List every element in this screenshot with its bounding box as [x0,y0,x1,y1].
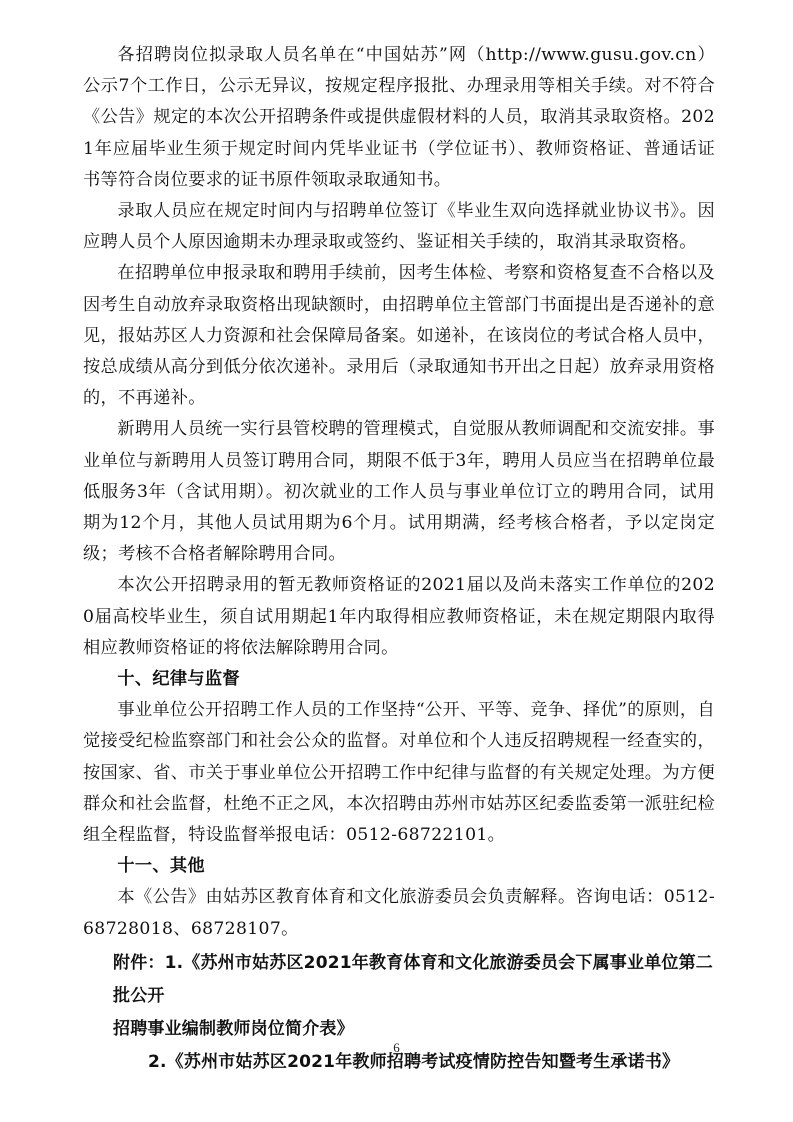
attachment-1-line1: 附件：1.《苏州市姑苏区2021年教育体育和文化旅游委员会下属事业单位第二批公开 [83,947,715,1013]
paragraph-discipline: 事业单位公开招聘工作人员的工作坚持“公开、平等、竞争、择优”的原则，自觉接受纪检… [83,695,715,851]
attachments: 附件：1.《苏州市姑苏区2021年教育体育和文化旅游委员会下属事业单位第二批公开… [83,947,715,1079]
document-page: 各招聘岗位拟录取人员名单在“中国姑苏”网（http://www.gusu.gov… [83,40,715,1079]
page-number: 6 [0,1040,793,1056]
paragraph-other: 本《公告》由姑苏区教育体育和文化旅游委员会负责解释。咨询电话：0512-6872… [83,882,715,944]
paragraph-vacancy-fill: 在招聘单位申报录取和聘用手续前，因考生体检、考察和资格复查不合格以及因考生自动放… [83,258,715,414]
section-heading-other: 十一、其他 [83,851,715,882]
section-heading-discipline: 十、纪律与监督 [83,664,715,695]
paragraph-teacher-cert: 本次公开招聘录用的暂无教师资格证的2021届以及尚未落实工作单位的2020届高校… [83,570,715,664]
paragraph-employment-terms: 新聘用人员统一实行县管校聘的管理模式，自觉服从教师调配和交流安排。事业单位与新聘… [83,414,715,570]
paragraph-agreement: 录取人员应在规定时间内与招聘单位签订《毕业生双向选择就业协议书》。因应聘人员个人… [83,196,715,258]
paragraph-publicity: 各招聘岗位拟录取人员名单在“中国姑苏”网（http://www.gusu.gov… [83,40,715,196]
